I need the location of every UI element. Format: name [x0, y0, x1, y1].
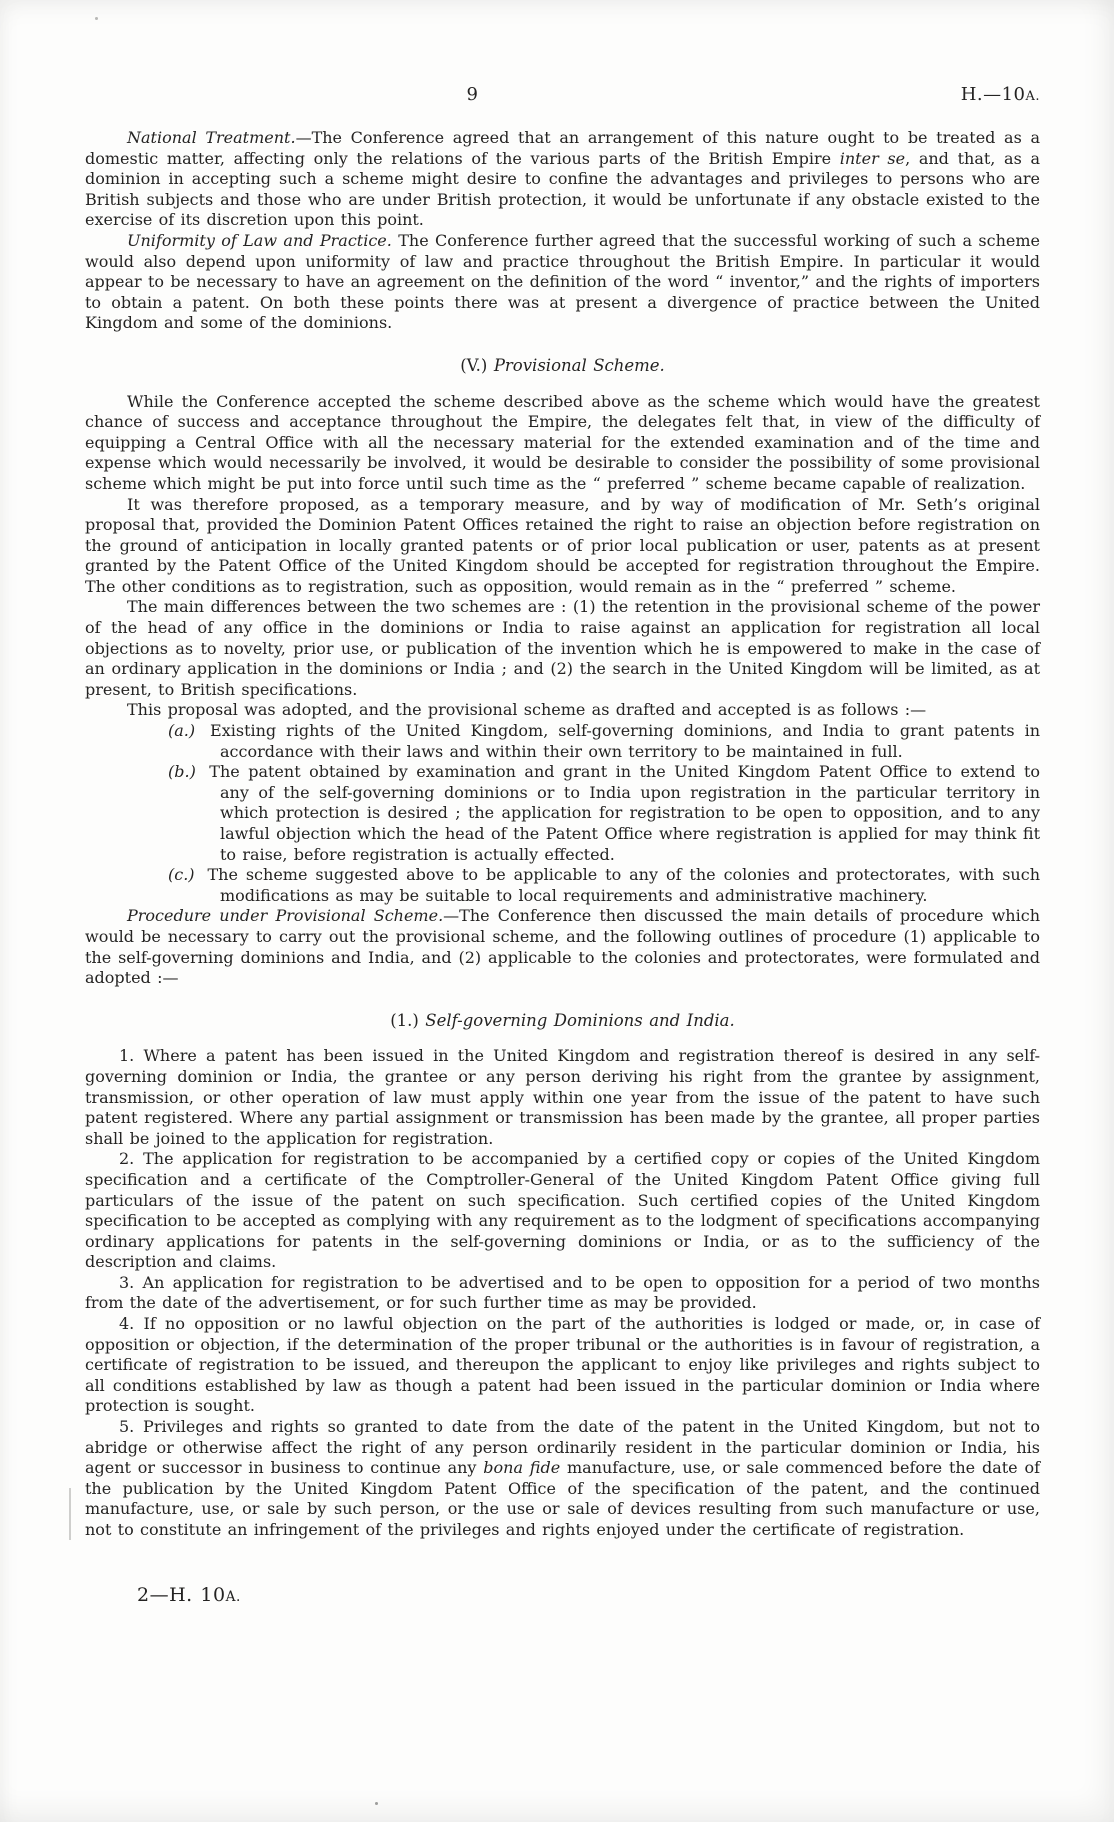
list-item-c: (c.) The scheme suggested above to be ap… [85, 865, 1040, 906]
text-run: 2. The application for registration to b… [85, 1149, 1040, 1271]
text-run: 4. If no opposition or no lawful objecti… [85, 1314, 1040, 1415]
scheme-clause-list: (a.) Existing rights of the United Kingd… [85, 721, 1040, 906]
heading-title: Provisional Scheme. [494, 356, 665, 375]
section-heading-self-governing: (1.) Self-governing Dominions and India. [85, 1011, 1040, 1032]
numbered-paragraph-2: 2. The application for registration to b… [85, 1149, 1040, 1273]
document-reference: H.—10A. [961, 84, 1040, 105]
document-reference-suffix: A. [1026, 89, 1040, 104]
list-marker: (a.) [168, 721, 200, 740]
numbered-paragraph-5: 5. Privileges and rights so granted to d… [85, 1417, 1040, 1541]
heading-title: Self-governing Dominions and India. [425, 1011, 734, 1030]
paragraph-main-differences: The main differences between the two sch… [85, 597, 1040, 700]
scan-artifact [375, 1802, 378, 1805]
sidehead-national-treatment: National Treatment. [127, 128, 296, 147]
list-marker: (c.) [168, 865, 200, 884]
scan-artifact [69, 1488, 71, 1540]
page-footer-signature: 2—H. 10A. [85, 1585, 1040, 1608]
text-run: 1. Where a patent has been issued in the… [85, 1046, 1040, 1147]
numbered-paragraph-4: 4. If no opposition or no lawful objecti… [85, 1314, 1040, 1417]
scan-artifact [95, 17, 98, 20]
text-run: While the Conference accepted the scheme… [85, 392, 1040, 493]
page-header: 9 H.—10A. [85, 84, 1040, 110]
numbered-paragraph-1: 1. Where a patent has been issued in the… [85, 1046, 1040, 1149]
text-run: The scheme suggested above to be applica… [207, 865, 1040, 905]
document-page: 9 H.—10A. National Treatment.—The Confer… [0, 0, 1114, 1822]
paragraph-national-treatment: National Treatment.—The Conference agree… [85, 128, 1040, 231]
heading-numeral: (V.) [460, 356, 494, 375]
page-body: National Treatment.—The Conference agree… [85, 128, 1040, 1607]
paragraph-therefore-proposed: It was therefore proposed, as a temporar… [85, 495, 1040, 598]
heading-numeral: (1.) [390, 1011, 425, 1030]
sidehead-procedure: Procedure under Provisional Scheme. [127, 906, 443, 925]
numbered-paragraph-3: 3. An application for registration to be… [85, 1273, 1040, 1314]
text-run: This proposal was adopted, and the provi… [127, 700, 926, 719]
latin-phrase-inter-se: inter se [840, 149, 905, 168]
paragraph-proposal-adopted: This proposal was adopted, and the provi… [85, 700, 1040, 721]
page-number: 9 [0, 84, 950, 105]
document-reference-main: H.—10 [961, 84, 1026, 105]
text-run: The main differences between the two sch… [85, 597, 1040, 698]
text-run: 3. An application for registration to be… [85, 1273, 1040, 1313]
text-run: Existing rights of the United Kingdom, s… [210, 721, 1040, 761]
list-item-a: (a.) Existing rights of the United Kingd… [85, 721, 1040, 762]
text-run: It was therefore proposed, as a temporar… [85, 495, 1040, 596]
list-marker: (b.) [168, 762, 201, 781]
section-heading-provisional-scheme: (V.) Provisional Scheme. [85, 356, 1040, 377]
paragraph-procedure: Procedure under Provisional Scheme.—The … [85, 906, 1040, 988]
footer-suffix: A. [226, 1589, 241, 1605]
latin-phrase-bona-fide: bona fide [483, 1458, 560, 1477]
text-run: The patent obtained by examination and g… [209, 762, 1040, 863]
list-item-b: (b.) The patent obtained by examination … [85, 762, 1040, 865]
paragraph-while-conference: While the Conference accepted the scheme… [85, 392, 1040, 495]
sidehead-uniformity: Uniformity of Law and Practice. [127, 231, 392, 250]
paragraph-uniformity: Uniformity of Law and Practice. The Conf… [85, 231, 1040, 334]
footer-main: 2—H. 10 [137, 1584, 226, 1606]
